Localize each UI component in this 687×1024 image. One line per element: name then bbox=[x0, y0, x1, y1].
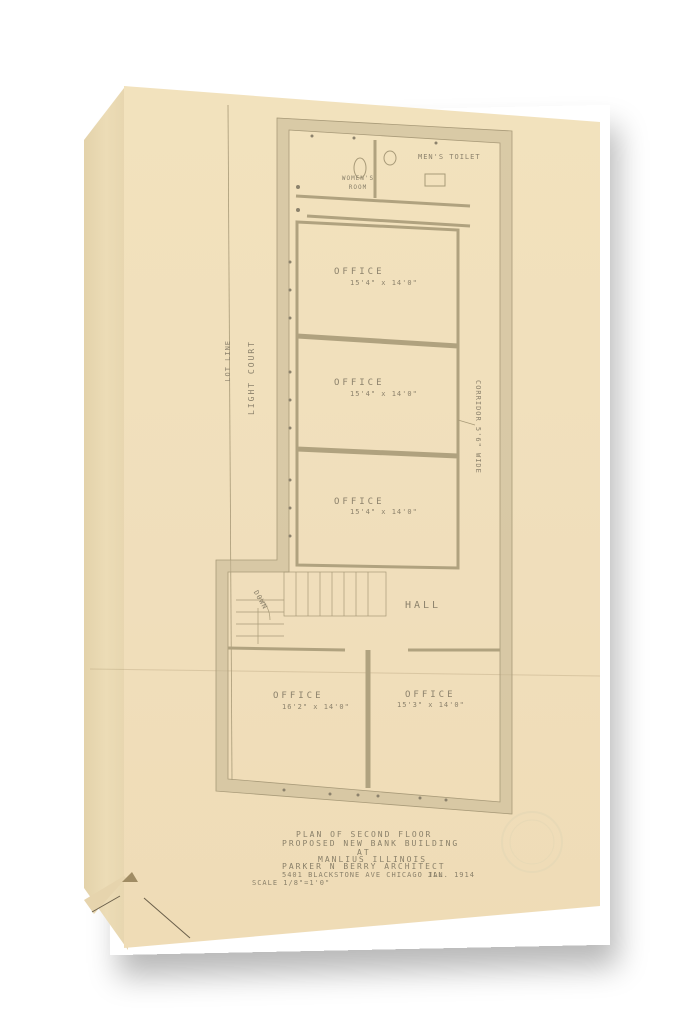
room-label-womens-room: WOMEN'S ROOM bbox=[338, 174, 378, 192]
title-date: JAN. 1914 bbox=[428, 871, 475, 879]
title-line-2: PROPOSED NEW BANK BUILDING bbox=[282, 839, 459, 848]
room-label-office-5: OFFICE bbox=[405, 690, 456, 700]
canvas-corner-fold bbox=[84, 870, 204, 950]
room-label-mens-toilet: MEN'S TOILET bbox=[418, 153, 481, 161]
corridor-label: CORRIDOR 5'6" WIDE bbox=[474, 380, 482, 474]
lot-line-label: LOT LINE bbox=[224, 340, 232, 382]
room-dims-office-5: 15'3" x 14'0" bbox=[397, 701, 465, 709]
room-dims-office-2: 15'4" x 14'0" bbox=[350, 390, 418, 398]
room-label-office-2: OFFICE bbox=[334, 378, 385, 388]
title-line-1: PLAN OF SECOND FLOOR bbox=[296, 830, 432, 839]
title-line-5: PARKER N BERRY ARCHITECT bbox=[282, 862, 446, 871]
light-court-label: LIGHT COURT bbox=[247, 340, 256, 415]
title-line-6: 5401 BLACKSTONE AVE CHICAGO ILL bbox=[282, 871, 444, 879]
room-label-office-3: OFFICE bbox=[334, 497, 385, 507]
room-label-hall: HALL bbox=[405, 600, 441, 611]
title-scale: SCALE 1/8"=1'0" bbox=[252, 879, 330, 887]
room-dims-office-4: 16'2" x 14'0" bbox=[282, 703, 350, 711]
room-label-office-4: OFFICE bbox=[273, 691, 324, 701]
room-dims-office-1: 15'4" x 14'0" bbox=[350, 279, 418, 287]
room-label-office-1: OFFICE bbox=[334, 267, 385, 277]
room-dims-office-3: 15'4" x 14'0" bbox=[350, 508, 418, 516]
